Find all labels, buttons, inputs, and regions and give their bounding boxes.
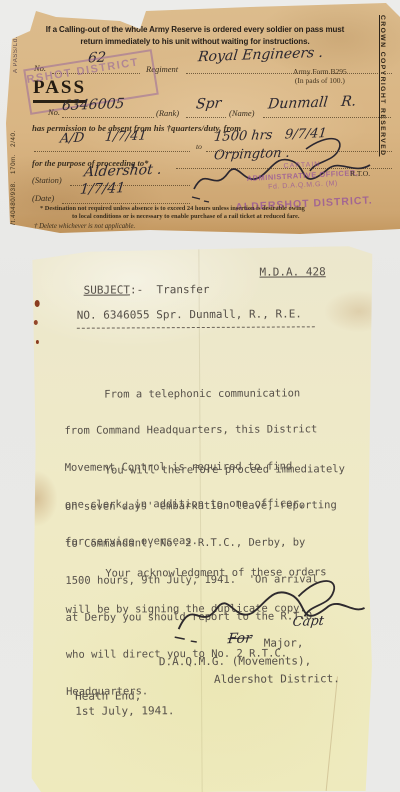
ruled-line [62,116,154,118]
ruled-line [34,150,190,152]
pass-date-value: 1/7/41 [79,180,126,198]
date-label: (Date) [32,193,54,203]
form-ref-number: Army Form B295 [293,67,347,76]
para2-line: on seven days' embarkation leave, report… [65,500,345,514]
letter-reference: M.D.A. 428 [259,265,325,278]
para3-line: Your acknowledgment of these orders [65,566,326,580]
rto-text: R.T.O. [350,169,370,178]
edge-fragment-vertical: A PASS/Ld. [13,33,19,73]
subject-line: SUBJECT:- Transfer [84,283,210,297]
to-value: 1500 hrs 9/7/41 [213,126,327,145]
name-value: Dunmall R. [267,93,357,112]
crown-copyright-vertical: CROWN COPYRIGHT RESERVED [379,15,386,229]
para3-line: will be by signing the duplicate copy. [66,603,327,617]
station-value: Aldershot . [83,162,162,181]
purpose-value: Orpington . [213,146,290,164]
footnote-star-line-1: * Destination not required unless absenc… [40,205,305,212]
ruled-line [263,116,391,118]
ruled-line [62,202,190,204]
footnote-star-line-2: to local conditions or is necessary to e… [72,213,299,220]
rank-label: (Rank) [156,108,179,118]
rank-value: Spr [195,96,222,113]
district-stamp-text: ALDERSHOT DISTRICT [23,56,139,91]
form-reference: Army Form B295 (In pads of 100.) [293,67,347,85]
form-ref-sub: (In pads of 100.) [293,76,347,85]
stain [36,340,39,344]
para1-line: From a telephonic communication [64,387,317,401]
serial-value: 6346005 [61,96,125,114]
subject-label: SUBJECT [84,283,130,296]
subject-separator: :- [130,283,157,296]
army-pass-document: If a Calling-out of the whole Army Reser… [0,3,400,237]
typed-dash-rule [77,326,315,328]
ruled-line [186,116,226,118]
station-label: (Station) [32,175,62,185]
addressee-line: NO. 6346055 Spr. Dunmall, R., R.E. [77,307,302,321]
serial-label: No. [48,107,60,117]
sig-office: D.A.Q.M.G. (Movements), [159,654,311,668]
ruled-line [186,72,392,74]
footnote-dagger: † Delete whichever is not applicable. [34,223,135,230]
para1-line: from Command Headquarters, this District [64,424,317,438]
letter-date: 1st July, 1941. [75,704,174,718]
subject-value: Transfer [156,283,209,296]
to-label: to [196,142,202,151]
print-code-vertical: Wt.40480/938. 170m. 2/40. [10,69,17,229]
stain [34,320,38,325]
regiment-value: Royal Engineers . [197,45,324,65]
pass-header-line-1: If a Calling-out of the whole Army Reser… [40,25,350,34]
sig-rank: Major, [264,636,304,649]
sig-district: Aldershot District. [214,672,340,686]
name-label: (Name) [229,108,255,118]
from-value: A/D 1/7/41 [59,128,147,146]
transfer-letter-document: M.D.A. 428 SUBJECT:- Transfer NO. 634605… [28,246,375,792]
letter-place: Heath End, [75,689,141,702]
sig-capt-hand: Capt [292,614,325,630]
para2-line: You will therefore proceed immediately [65,463,345,477]
sig-for-hand: For [227,630,253,647]
paragraph-3: Your acknowledgment of these orders will… [65,541,327,641]
stain [35,300,40,307]
